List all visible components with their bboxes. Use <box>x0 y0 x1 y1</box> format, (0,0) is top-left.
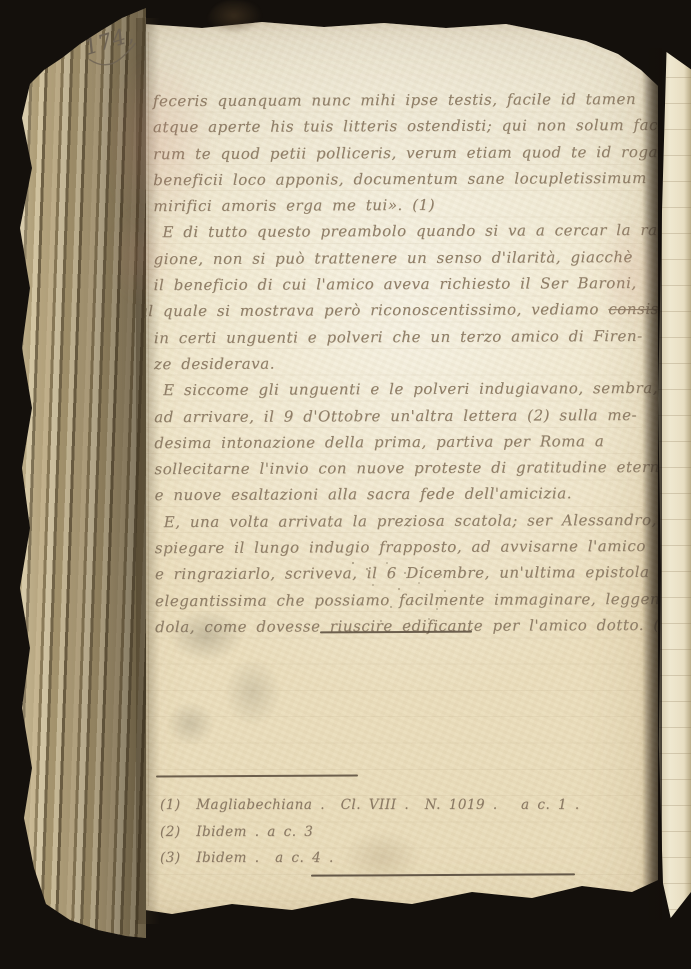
text-segment: al quale si mostrava però riconoscentiss… <box>139 300 609 320</box>
text-line: desima intonazione della prima, partiva … <box>154 428 660 457</box>
photo-backdrop: feceris quanquam nunc mihi ipse testis, … <box>0 0 691 969</box>
text-line: dola, come dovesse riuscire edificante p… <box>155 612 661 641</box>
footnotes: (1) Magliabechiana . Cl. VIII . N. 1019 … <box>160 792 580 872</box>
left-margin-crease <box>148 32 149 906</box>
text-line: elegantissima che possiamo facilmente im… <box>155 586 661 615</box>
text-line: e nuove esaltazioni alla sacra fede dell… <box>155 480 661 509</box>
text-line: mirifici amoris erga me tui». (1) <box>153 191 659 220</box>
text-line: gione, non si può trattenere un senso d'… <box>153 244 659 273</box>
text-line: ze desiderava. <box>154 349 660 378</box>
footnote: (2) Ibidem . a c. 3 <box>160 819 580 846</box>
book-fore-edge <box>18 8 146 938</box>
text-line: atque aperte his tuis litteris ostendist… <box>153 112 659 141</box>
manuscript-page: feceris quanquam nunc mihi ipse testis, … <box>110 10 658 928</box>
text-line: ad arrivare, il 9 d'Ottobre un'altra let… <box>154 401 660 430</box>
next-page-edge <box>656 52 691 918</box>
footnote: (3) Ibidem . a c. 4 . <box>160 845 580 872</box>
footnote: (1) Magliabechiana . Cl. VIII . N. 1019 … <box>160 792 580 819</box>
text-line: spiegare il lungo indugio frapposto, ad … <box>155 533 661 562</box>
text-line: in certi unguenti e polveri che un terzo… <box>154 323 660 352</box>
text-line: E, una volta arrivata la preziosa scatol… <box>164 507 661 535</box>
footnote-separator-rule <box>156 774 358 777</box>
text-line: il beneficio di cui l'amico aveva richie… <box>154 270 660 299</box>
text-line: sollecitarne l'invio con nuove proteste … <box>154 454 660 483</box>
text-line: beneficii loco apponis, documentum sane … <box>153 165 659 194</box>
text-line: e ringraziarlo, scriveva, il 6 Dicembre,… <box>155 559 661 588</box>
text-line: feceris quanquam nunc mihi ipse testis, … <box>153 86 659 115</box>
text-line: al quale si mostrava però riconoscentiss… <box>139 296 660 325</box>
text-line: E di tutto questo preambolo quando si va… <box>162 217 659 245</box>
text-line: rum te quod petii polliceris, verum etia… <box>153 138 659 167</box>
bottom-rule <box>311 873 575 876</box>
body-text: feceris quanquam nunc mihi ipse testis, … <box>153 86 661 640</box>
text-line: E siccome gli unguenti e le polveri indu… <box>163 375 660 403</box>
